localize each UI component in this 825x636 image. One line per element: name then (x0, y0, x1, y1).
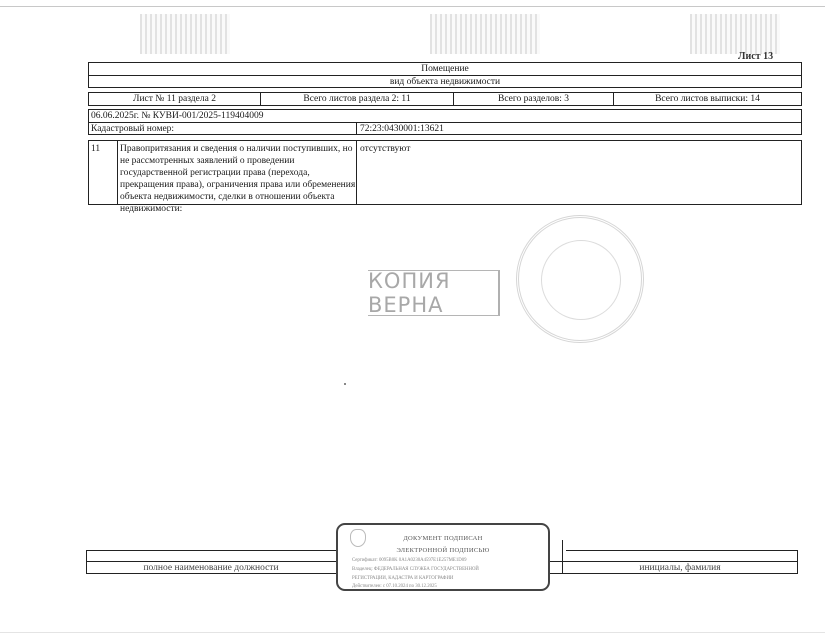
record-label-line: объекта недвижимости, сделки в отношении… (120, 191, 356, 203)
total-sheets-section: Всего листов раздела 2: 11 (261, 93, 453, 105)
record-label-line: прекращения права), ограничения права ил… (120, 179, 356, 191)
esig-validity: Действителен: с 07.10.2024 по 30.12.2025 (352, 584, 437, 589)
viewer-bottom-border (0, 632, 825, 633)
sheet-of-section: Лист № 11 раздела 2 (89, 93, 260, 105)
scan-artifact (690, 14, 780, 54)
esig-certificate: Сертификат: 0095B0K 0A1A0230A4597E1E257M… (352, 558, 467, 563)
total-sections: Всего разделов: 3 (454, 93, 613, 105)
copy-verified-stamp: КОПИЯ ВЕРНА (368, 270, 500, 316)
document-info-table: 06.06.2025г. № КУВИ-001/2025-119404009 К… (88, 109, 802, 135)
object-type: Помещение (89, 63, 801, 75)
sheet-number: Лист 13 (738, 51, 773, 62)
record-label-line: государственной регистрации права (перех… (120, 167, 356, 179)
object-type-caption: вид объекта недвижимости (89, 76, 801, 88)
esig-owner: Владелец: ФЕДЕРАЛЬНАЯ СЛУЖБА ГОСУДАРСТВЕ… (352, 567, 479, 572)
esig-title: ДОКУМЕНТ ПОДПИСАН (338, 535, 548, 542)
position-caption: полное наименование должности (86, 562, 336, 574)
electronic-signature-stamp: ДОКУМЕНТ ПОДПИСАН ЭЛЕКТРОННОЙ ПОДПИСЬЮ С… (336, 523, 550, 591)
esig-subtitle: ЭЛЕКТРОННОЙ ПОДПИСЬЮ (338, 547, 548, 554)
name-caption: инициалы, фамилия (563, 562, 797, 574)
record-label: Правопритязания и сведения о наличии пос… (120, 143, 356, 215)
scan-artifact (140, 14, 230, 54)
cadastral-number: 72:23:0430001:13621 (360, 123, 660, 135)
esig-owner-cont: РЕГИСТРАЦИИ, КАДАСТРА И КАРТОГРАФИИ (352, 576, 453, 581)
document-date-number: 06.06.2025г. № КУВИ-001/2025-119404009 (91, 110, 791, 122)
object-type-table: Помещение вид объекта недвижимости (88, 62, 802, 88)
sheet-info-row: Лист № 11 раздела 2 Всего листов раздела… (88, 92, 802, 106)
record-label-line: Правопритязания и сведения о наличии пос… (120, 143, 356, 155)
record-number: 11 (91, 143, 115, 155)
scan-speck (344, 383, 346, 385)
record-label-line: недвижимости: (120, 203, 356, 215)
official-seal (516, 215, 644, 343)
scan-artifact (430, 14, 540, 54)
total-sheets-extract: Всего листов выписки: 14 (614, 93, 801, 105)
record-label-line: не рассмотренных заявлений о проведении (120, 155, 356, 167)
record-value: отсутствуют (360, 143, 660, 155)
record-table: 11 Правопритязания и сведения о наличии … (88, 140, 802, 205)
cadastral-label: Кадастровый номер: (91, 123, 351, 135)
viewer-top-border (0, 6, 825, 7)
seal-emblem-icon (541, 240, 621, 320)
